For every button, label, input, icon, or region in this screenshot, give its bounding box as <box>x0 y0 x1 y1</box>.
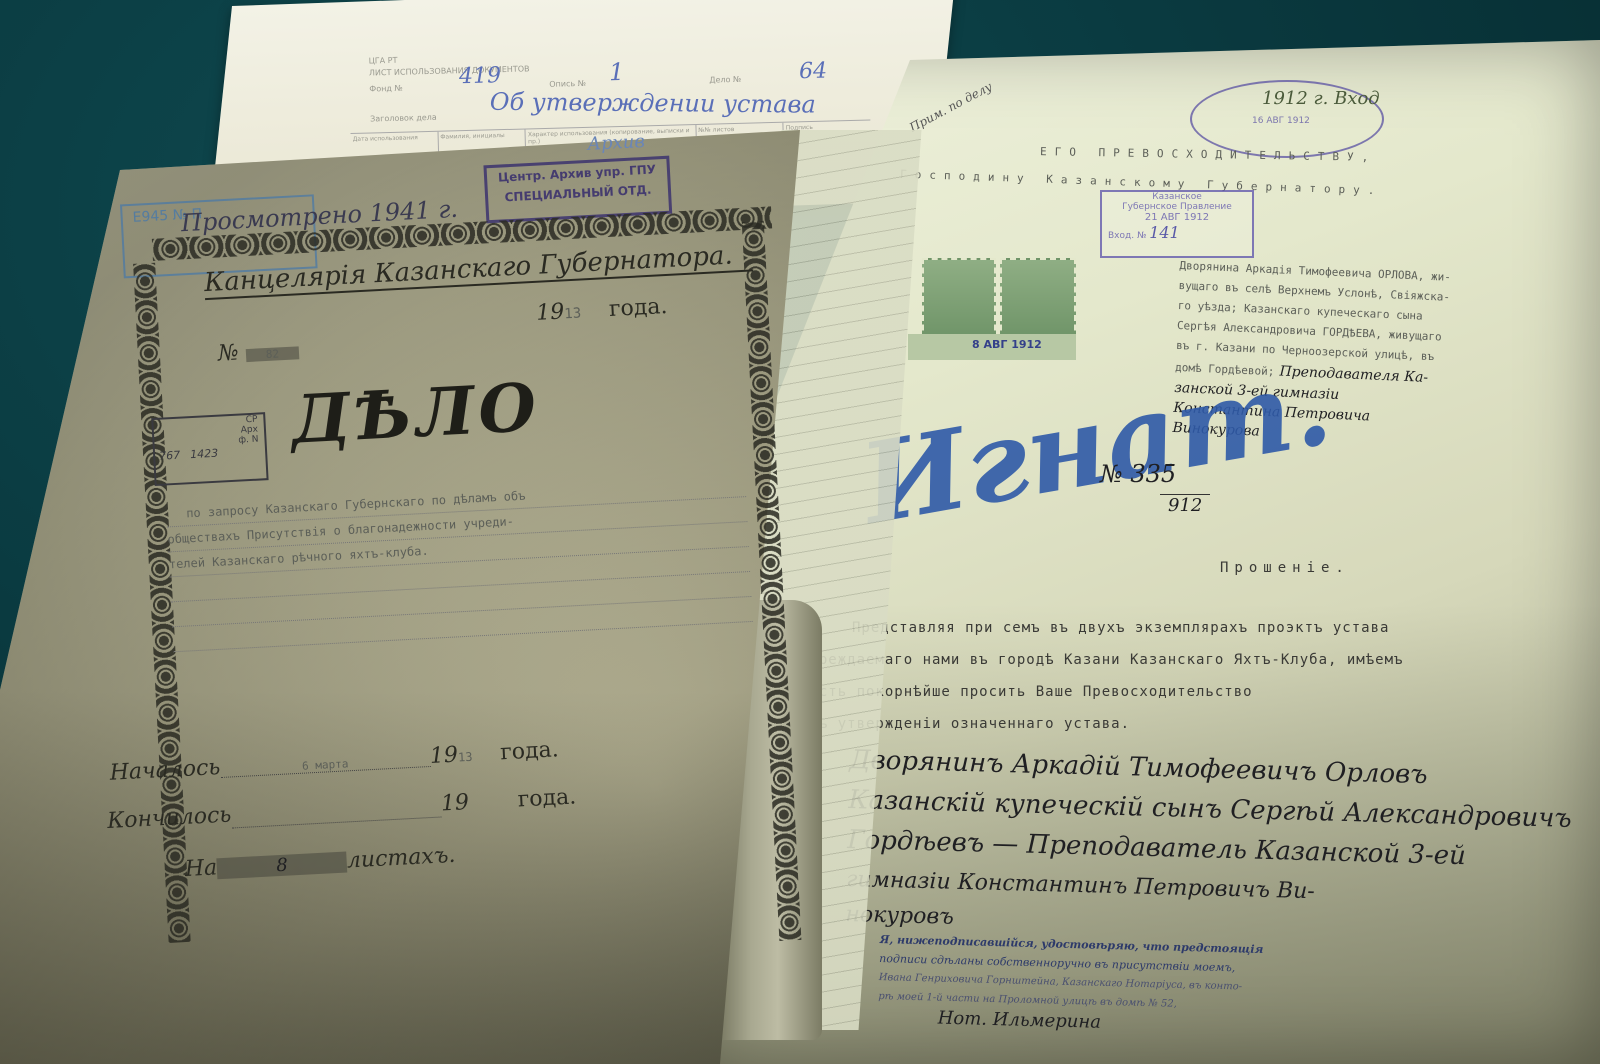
reg-stamp-line-1: Казанское <box>1102 192 1252 202</box>
delo-value: 64 <box>799 59 828 85</box>
reg-stamp-in-value: 141 <box>1149 223 1180 242</box>
ended-suffix: года. <box>517 784 577 812</box>
started-year-value: 13 <box>458 750 473 765</box>
ended-label: Кончилось <box>107 803 232 834</box>
year-value: 13 <box>564 305 582 322</box>
round-stamp-date: 16 АВГ 1912 <box>1252 116 1310 126</box>
small-stamp-cell: 767 <box>159 449 181 463</box>
delo-label: Дело № <box>709 75 741 85</box>
opis-value: 1 <box>609 58 625 86</box>
registration-number: № 335 <box>1100 460 1176 488</box>
reg-stamp-incoming: Вход. № 141 <box>1102 223 1252 242</box>
revenue-stamp-1 <box>922 258 996 340</box>
form-header-1: ЦГА РТ <box>369 56 398 66</box>
ended-year-prefix: 19 <box>440 790 469 816</box>
petition-body-line: объ утвержденіи означеннаго устава. <box>800 708 1600 740</box>
reg-stamp-in-label: Вход. № <box>1108 231 1146 241</box>
form-header-2: ЛИСТ ИСПОЛЬЗОВАНИЯ ДОКУМЕНТОВ <box>369 64 530 77</box>
case-title-value: Об утверждении устава <box>490 88 816 119</box>
revenue-stamp-2 <box>1000 258 1076 340</box>
case-number-line: № 82 <box>217 337 299 366</box>
year-suffix: года. <box>608 294 668 322</box>
case-title-label: Заголовок дела <box>370 113 437 124</box>
revenue-stamp-cancel-date: 8 АВГ 1912 <box>972 338 1042 351</box>
fond-value: 419 <box>459 63 502 89</box>
started-year-prefix: 19 <box>429 743 458 769</box>
fond-label: Фонд № <box>369 84 403 94</box>
sheets-prefix: На <box>184 855 218 882</box>
petition-body-line: честь покорнѣйше просить Ваше Превосходи… <box>800 676 1600 708</box>
year-prefix: 19 <box>536 299 565 325</box>
small-stamp-cell: 1423 <box>190 447 219 461</box>
round-stamp-handwriting: 1912 г. Вход <box>1262 88 1380 109</box>
case-subject: по запросу Казанскаго Губернскаго по дѣл… <box>166 472 753 652</box>
petition-body: Представляя при семъ въ двухъ экземпляра… <box>800 612 1600 740</box>
signatures-block: Дворянинъ Аркадій Тимофеевичъ Орловъ Каз… <box>845 740 1590 949</box>
petition-body-line: учреждаемаго нами въ городѣ Казани Казан… <box>800 644 1600 676</box>
reg-stamp-date: 21 АВГ 1912 <box>1102 212 1252 223</box>
number-value: 82 <box>246 346 300 362</box>
notary-certification: Я, нижеподписавшійся, удостовѣряю, что п… <box>877 930 1579 1046</box>
petition-title: Прошеніе. <box>1220 560 1350 576</box>
small-archive-stamp: СР Арх ф. N 767 1423 <box>151 412 268 486</box>
registration-number-sub: 912 <box>1160 494 1210 516</box>
round-received-stamp: 16 АВГ 1912 1912 г. Вход <box>1190 80 1384 158</box>
petition-body-line: Представляя при семъ въ двухъ экземпляра… <box>800 612 1600 644</box>
reg-stamp-line-2: Губернское Правление <box>1102 202 1252 212</box>
case-title-delo: ДѢЛО <box>289 368 541 459</box>
registration-stamp: Казанское Губернское Правление 21 АВГ 19… <box>1100 190 1254 258</box>
number-label: № <box>217 340 239 366</box>
started-suffix: года. <box>500 737 560 765</box>
archive-handwriting-top: Архив <box>587 131 645 155</box>
